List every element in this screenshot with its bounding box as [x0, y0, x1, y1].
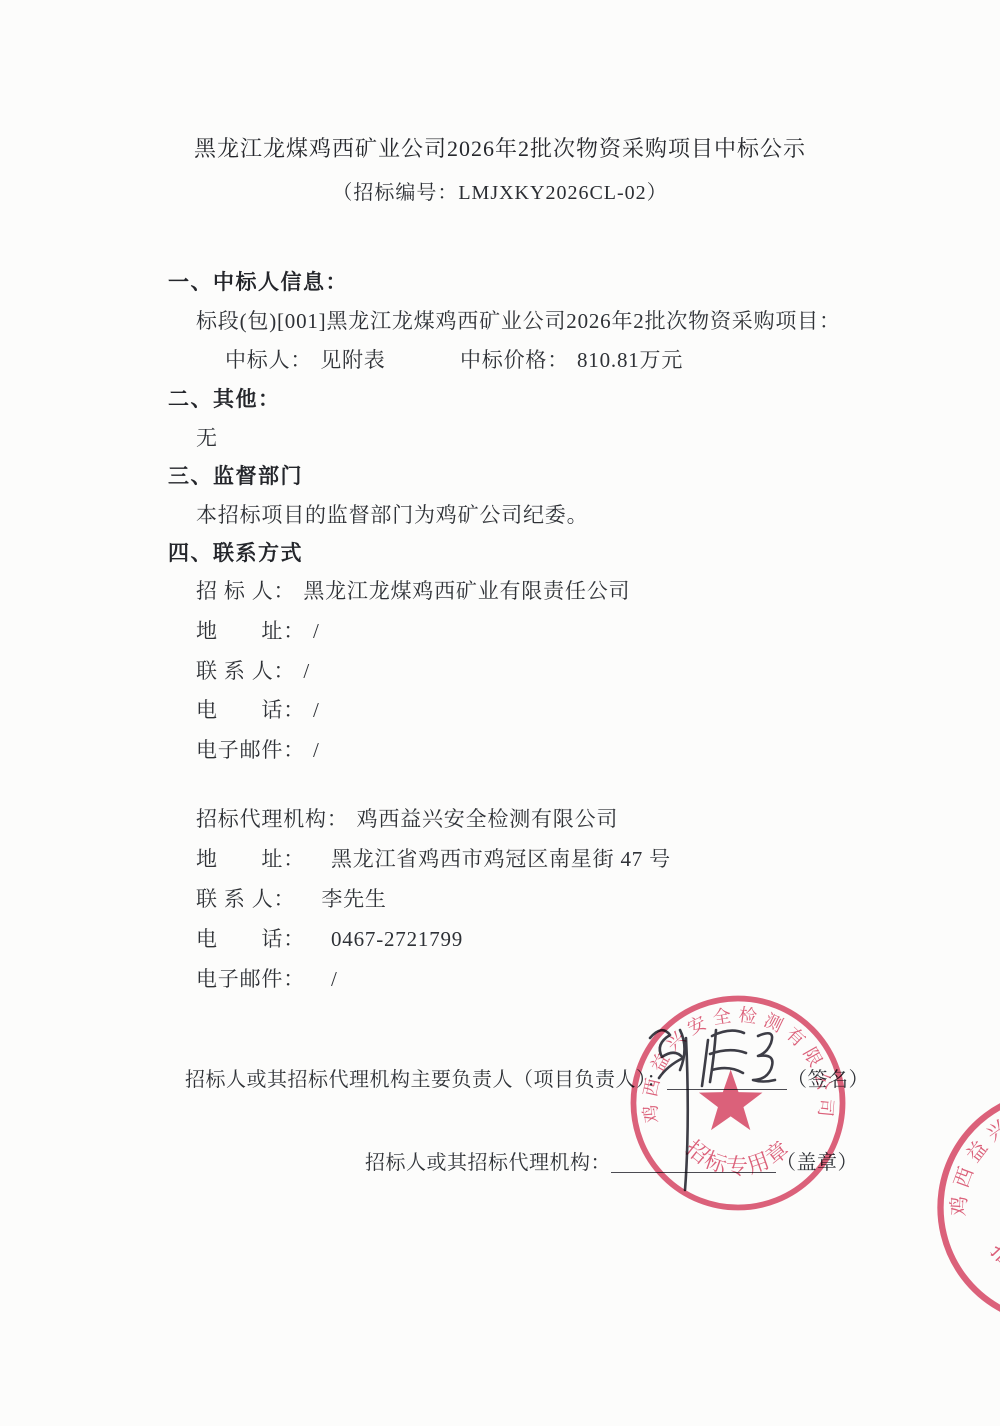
winner-value: 见附表 [320, 348, 385, 372]
seal-line-label: 招标人或其招标代理机构： [365, 1152, 611, 1174]
red-seal-stamp-partial: 鸡西益兴安全检测有限公司 招标专用章 [913, 1065, 1000, 1351]
tenderer-contact-value: / [303, 659, 310, 683]
price-label: 中标价格： [460, 344, 569, 374]
section2-heading: 二、其他： [168, 383, 281, 413]
seal-caption-text: 招标专用章 [981, 1234, 1000, 1299]
agency-row-phone: 电 话：0467-2721799 [196, 923, 463, 953]
winner-label: 中标人： [225, 344, 312, 374]
agency-row-address: 地 址：黑龙江省鸡西市鸡冠区南星街 47 号 [196, 843, 671, 873]
document-page: 黑龙江龙煤鸡西矿业公司2026年2批次物资采购项目中标公示 （招标编号：LMJX… [0, 0, 1000, 1426]
tender-number-subtitle: （招标编号：LMJXKY2026CL-02） [0, 176, 1000, 205]
seal-graphic-partial: 鸡西益兴安全检测有限公司 招标专用章 [913, 1065, 1000, 1351]
tenderer-name-label: 招 标 人： [196, 575, 295, 605]
agency-address-label: 地 址： [196, 843, 305, 873]
price-value: 810.81万元 [577, 348, 683, 372]
agency-contact-value: 李先生 [321, 887, 386, 911]
tenderer-row-address: 地 址：/ [196, 615, 320, 645]
tenderer-address-value: / [313, 619, 320, 643]
agency-contact-label: 联 系 人： [196, 883, 295, 913]
tenderer-phone-label: 电 话： [196, 694, 305, 724]
agency-address-value: 黑龙江省鸡西市鸡冠区南星街 47 号 [331, 847, 671, 871]
section1-heading: 一、中标人信息： [168, 266, 348, 296]
agency-row-email: 电子邮件：/ [196, 963, 338, 993]
tenderer-name-value: 黑龙江龙煤鸡西矿业有限责任公司 [303, 579, 630, 603]
tenderer-email-label: 电子邮件： [196, 734, 305, 764]
document-title: 黑龙江龙煤鸡西矿业公司2026年2批次物资采购项目中标公示 [0, 132, 1000, 163]
signature-line-label: 招标人或其招标代理机构主要负责人（项目负责人）： [185, 1069, 667, 1091]
agency-email-label: 电子邮件： [196, 963, 305, 993]
price-line: 中标价格：810.81万元 [460, 344, 683, 374]
tenderer-row-contact: 联 系 人：/ [196, 655, 310, 685]
section4-heading: 四、联系方式 [168, 537, 303, 567]
section3-body: 本招标项目的监督部门为鸡矿公司纪委。 [196, 499, 588, 529]
section2-body: 无 [196, 422, 218, 452]
tenderer-row-email: 电子邮件：/ [196, 734, 320, 764]
agency-phone-label: 电 话： [196, 923, 305, 953]
tenderer-row-name: 招 标 人：黑龙江龙煤鸡西矿业有限责任公司 [196, 575, 630, 605]
section1-lot-line: 标段(包)[001]黑龙江龙煤鸡西矿业公司2026年2批次物资采购项目： [196, 305, 841, 335]
tenderer-email-value: / [313, 738, 320, 762]
tenderer-address-label: 地 址： [196, 615, 305, 645]
agency-email-value: / [331, 967, 338, 991]
agency-phone-value: 0467-2721799 [331, 927, 463, 951]
tenderer-row-phone: 电 话：/ [196, 694, 320, 724]
tenderer-phone-value: / [313, 698, 320, 722]
winner-line: 中标人：见附表 [225, 344, 386, 374]
section3-heading: 三、监督部门 [168, 460, 303, 490]
agency-row-name: 招标代理机构：鸡西益兴安全检测有限公司 [196, 803, 618, 833]
signature-strokes [650, 1030, 775, 1190]
handwritten-signature [612, 1008, 872, 1203]
agency-name-label: 招标代理机构： [196, 803, 349, 833]
agency-name-value: 鸡西益兴安全检测有限公司 [357, 807, 619, 831]
agency-row-contact: 联 系 人：李先生 [196, 883, 387, 913]
tenderer-contact-label: 联 系 人： [196, 655, 295, 685]
